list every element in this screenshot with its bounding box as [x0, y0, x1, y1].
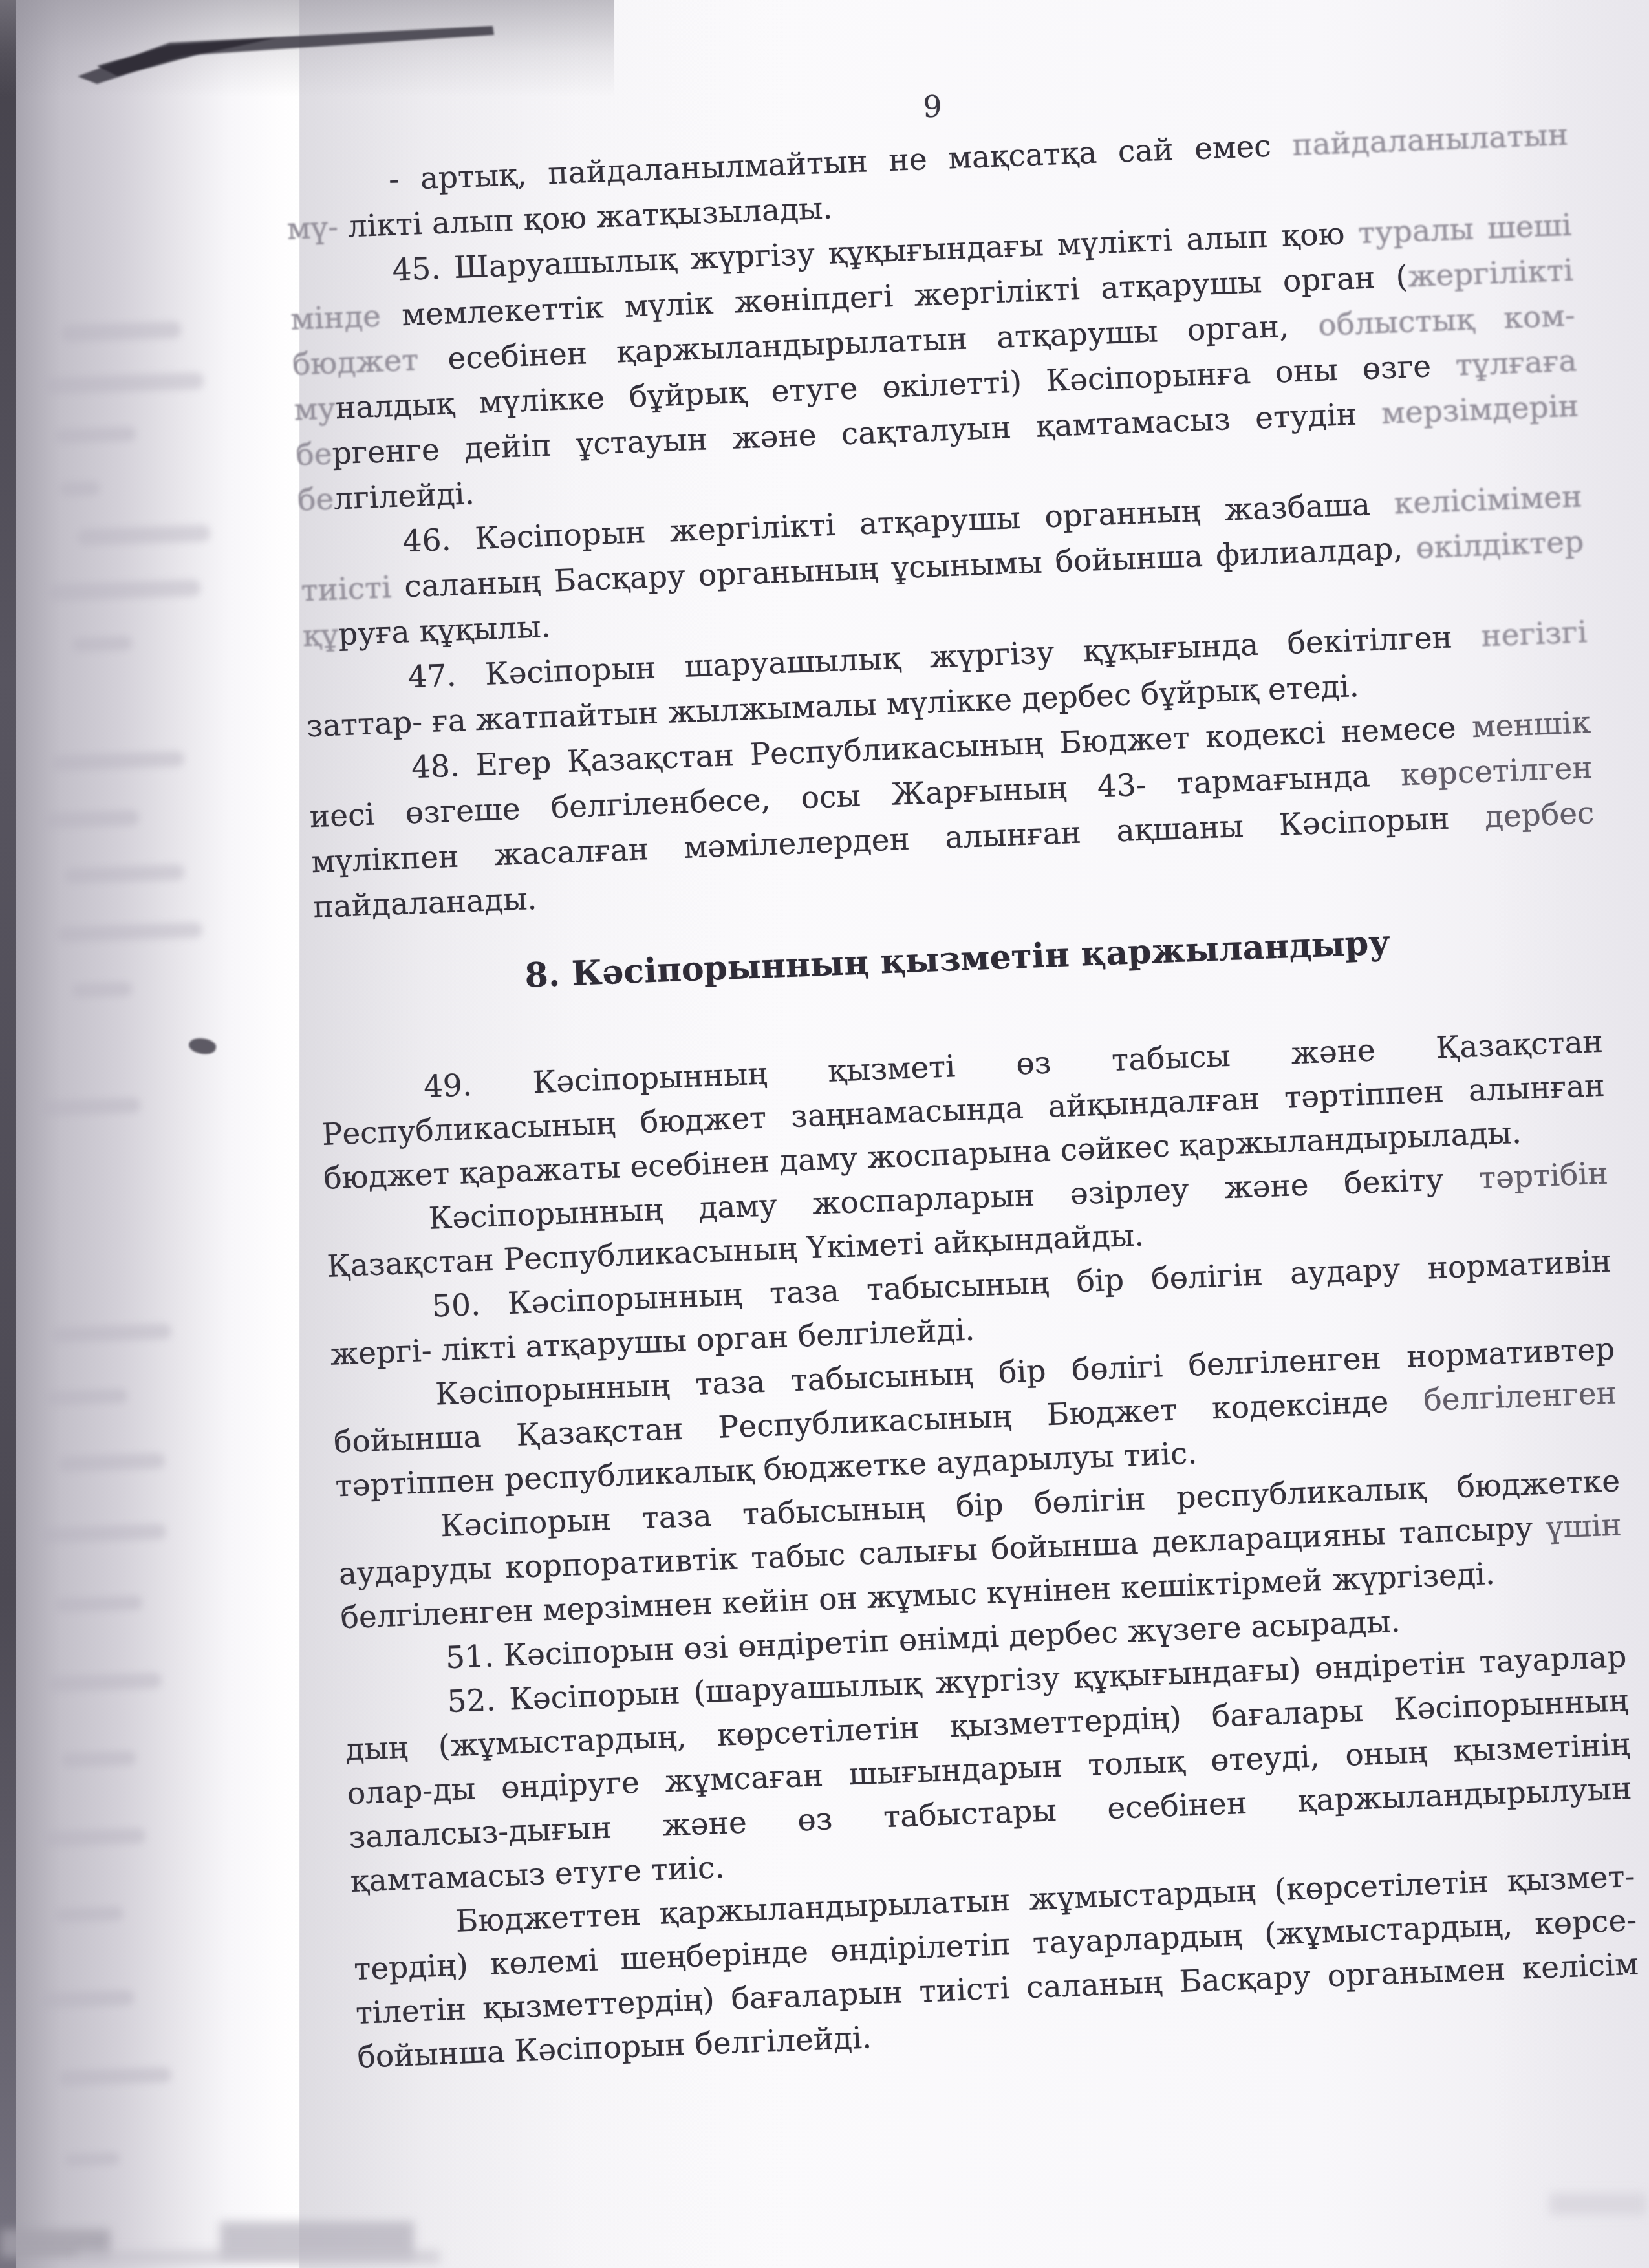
paragraph: 45. Шаруашылық жүргізу құқығындағы мүлік…: [288, 203, 1581, 524]
bleed-through-text-mark: [55, 1906, 124, 1923]
text-segment: меншік: [1471, 705, 1591, 745]
text-segment: өкілдіктер: [1415, 524, 1584, 566]
bleed-through-text-mark: [72, 981, 133, 998]
text-segment: му: [294, 390, 336, 427]
document-text: - артық, пайдаланылмайтын не мақсатқа са…: [285, 112, 1641, 2080]
bleed-through-text-mark: [40, 1989, 135, 2008]
text-segment: мерзімдерін: [1381, 388, 1579, 431]
bleed-through-text-mark: [55, 1596, 143, 1613]
bleed-through-text-mark: [61, 1751, 136, 1768]
text-segment: бе: [295, 436, 332, 473]
text-segment: жергілікті: [1407, 253, 1574, 295]
text-segment: пайдаланылатын: [1291, 117, 1569, 163]
text-segment: үшін: [1546, 1507, 1622, 1545]
text-segment: мінде: [290, 297, 402, 337]
bleed-through-text-mark: [59, 481, 100, 497]
text-segment: көрсетілген: [1400, 750, 1593, 793]
bleed-through-text-mark: [55, 427, 136, 444]
text-segment: негізгі: [1480, 614, 1588, 654]
text-segment: тұлғаға: [1455, 343, 1578, 383]
bleed-through-text-mark: [47, 1389, 128, 1406]
text-segment: келісімімен: [1394, 478, 1583, 521]
page-number: 9: [900, 89, 965, 124]
scanned-document-page: { "page": { "number": "9" }, "colors": {…: [0, 0, 1649, 2268]
text-segment: лгілейді.: [333, 476, 475, 517]
text-segment: тәртібін: [1478, 1156, 1609, 1197]
top-page-edge-artifact: [0, 0, 614, 110]
text-segment: мү-: [286, 209, 349, 247]
bottom-right-smudge: [1549, 2193, 1646, 2215]
text-segment: руға құқылы.: [338, 609, 551, 653]
scan-left-edge-strip: [0, 0, 16, 2268]
text-segment: тиісті: [300, 569, 405, 608]
bleed-through-text-mark: [65, 2152, 120, 2167]
bleed-through-text-mark: [45, 809, 140, 828]
page-spine-shadow: [16, 0, 300, 2268]
section-heading: 8. Кәсіпорынның қызметін қаржыландыру: [315, 910, 1599, 1008]
text-segment: бе: [297, 481, 334, 518]
text-segment: дербес: [1484, 795, 1595, 835]
text-segment: туралы шеші: [1357, 208, 1572, 251]
text-segment: облыстық ком-: [1317, 298, 1575, 343]
bleed-through-text-mark: [72, 636, 133, 652]
text-segment: пайдаланады.: [312, 881, 537, 925]
text-segment: бюджет: [292, 341, 449, 383]
text-segment: белгіленген: [1423, 1375, 1617, 1418]
bottom-edge-smudge: [78, 2250, 440, 2264]
text-segment: құ: [302, 617, 339, 654]
